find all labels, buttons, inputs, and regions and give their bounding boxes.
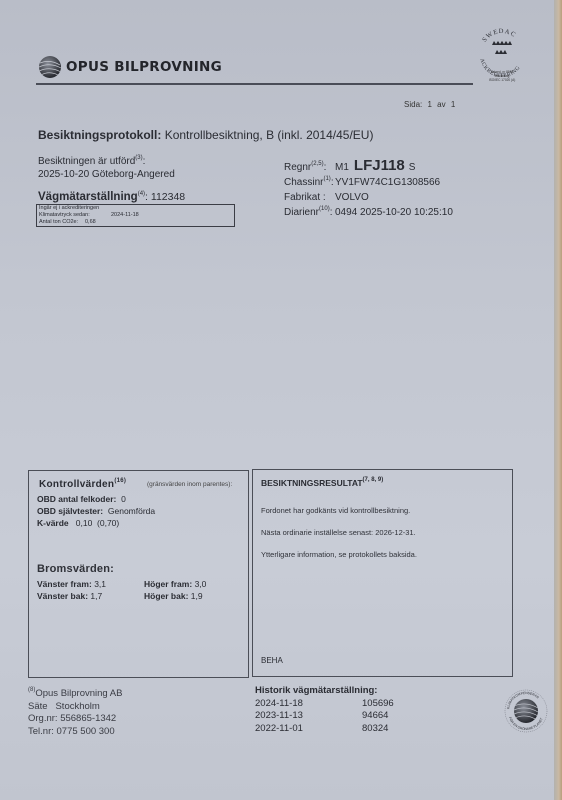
title-bold: Besiktningsprotokoll: (38, 128, 161, 142)
history-row: 2022-11-0180324 (255, 723, 422, 736)
brake-item: Höger fram: 3,0 (144, 578, 244, 590)
k-value-row: K-värde 0,10 (0,70) (37, 517, 155, 529)
climate-row: Antal ton CO2e: 0,68 (39, 219, 232, 226)
performed-value: 2025-10-20 Göteborg-Angered (38, 168, 175, 181)
globe-logo-icon (38, 55, 62, 79)
regnr-row: Regnr(2,5): M1 LFJ118 S (284, 158, 453, 175)
chassis-row: Chassinr(1): YV1FW74C1G1308566 (284, 175, 453, 190)
obd-selftest-row: OBD självtester: Genomförda (37, 505, 155, 517)
header-divider (36, 83, 473, 85)
paper-edge (554, 0, 562, 800)
page-indicator: Sida: 1 av 1 (404, 100, 455, 109)
phone-number: Tel.nr: 0775 500 300 (28, 726, 122, 739)
performed-label: Besiktningen är utförd (38, 156, 135, 167)
result-line: Ytterligare information, se protokollets… (261, 544, 417, 566)
odometer-sup: (4) (138, 191, 145, 197)
history-title: Historik vägmätarställning: (255, 685, 422, 698)
title-rest: Kontrollbesiktning, B (inkl. 2014/45/EU) (165, 128, 374, 142)
page-current: 1 (427, 100, 431, 109)
company-seat: Stockholm (55, 701, 99, 712)
make-row: Fabrikat : VOLVO (284, 190, 453, 205)
brake-item: Vänster bak: 1,7 (37, 590, 144, 602)
document-title: Besiktningsprotokoll: Kontrollbesiktning… (38, 128, 373, 142)
brake-values-title: Bromsvärden: (37, 563, 114, 575)
result-line: Fordonet har godkänts vid kontrollbesikt… (261, 500, 417, 522)
climate-compensation-seal-icon: KLIMATKOMPENSERAR FÖR EN GRÖNARE PLANET (503, 688, 549, 734)
result-lines: Fordonet har godkänts vid kontrollbesikt… (261, 500, 417, 566)
climate-footprint-box: Ingår ej i ackrediteringen Klimatavtryck… (36, 204, 235, 227)
control-values-box: Kontrollvärden(16) (gränsvärden inom par… (28, 470, 249, 678)
history-row: 2024-11-18105696 (255, 698, 422, 711)
odometer-history: Historik vägmätarställning: 2024-11-1810… (255, 685, 422, 735)
result-line: Nästa ordinarie inställelse senast: 2026… (261, 522, 417, 544)
history-row: 2023-11-1394664 (255, 710, 422, 723)
svg-text:SWEDAC: SWEDAC (481, 28, 517, 44)
page-total: 1 (451, 100, 455, 109)
regnr-prefix: M1 (335, 160, 349, 175)
brand-logo: OPUS BILPROVNING (38, 55, 222, 79)
diary-value: 0494 2025-10-20 10:25:10 (335, 205, 453, 220)
result-title: BESIKTNINGSRESULTAT(7, 8, 9) (261, 478, 383, 488)
brake-item: Vänster fram: 3,1 (37, 578, 144, 590)
brake-values-grid: Vänster fram: 3,1 Höger fram: 3,0 Vänste… (37, 578, 244, 602)
page-label: Sida: (404, 100, 422, 109)
odometer-reading: Vägmätarställning(4): 112348 (38, 191, 185, 203)
obd-faults-row: OBD antal felkoder: 0 (37, 493, 155, 505)
climate-row: Klimatavtryck sedan: 2024-11-18 (39, 212, 232, 219)
control-values-title: Kontrollvärden(16) (39, 479, 126, 490)
brand-name: OPUS BILPROVNING (66, 59, 222, 75)
performed-sup: (3) (135, 155, 142, 161)
regnr-suffix: S (409, 160, 416, 175)
company-info: (8)Opus Bilprovning AB Säte Stockholm Or… (28, 688, 122, 738)
regnr-value: LFJ118 (354, 158, 405, 173)
vehicle-info: Regnr(2,5): M1 LFJ118 S Chassinr(1): YV1… (284, 158, 453, 220)
org-number: Org.nr: 556865-1342 (28, 713, 122, 726)
limit-note: (gränsvärden inom parentes): (147, 481, 232, 488)
swedac-line-3: ISO/IEC 17020 (A) (489, 78, 516, 82)
control-values-list: OBD antal felkoder: 0 OBD självtester: G… (37, 493, 155, 529)
company-name: Opus Bilprovning AB (35, 688, 122, 699)
page-of: av (437, 100, 445, 109)
odometer-label: Vägmätarställning (38, 191, 138, 203)
inspection-result-box: BESIKTNINGSRESULTAT(7, 8, 9) Fordonet ha… (252, 469, 513, 677)
climate-heading: Ingår ej i ackrediteringen (39, 205, 232, 212)
chassis-value: YV1FW74C1G1308566 (335, 175, 440, 190)
diary-row: Diarienr(10): 0494 2025-10-20 10:25:10 (284, 205, 453, 220)
make-value: VOLVO (335, 190, 369, 205)
swedac-name: SWEDAC (481, 28, 517, 44)
swedac-accreditation-seal-icon: SWEDAC ACKREDITERING Ackred. nr 8994 Bes… (472, 25, 532, 87)
odometer-value: 112348 (151, 191, 185, 203)
inspection-performed: Besiktningen är utförd(3): 2025-10-20 Gö… (38, 155, 175, 181)
brake-item: Höger bak: 1,9 (144, 590, 244, 602)
inspector-signature: BEHA (261, 656, 283, 665)
